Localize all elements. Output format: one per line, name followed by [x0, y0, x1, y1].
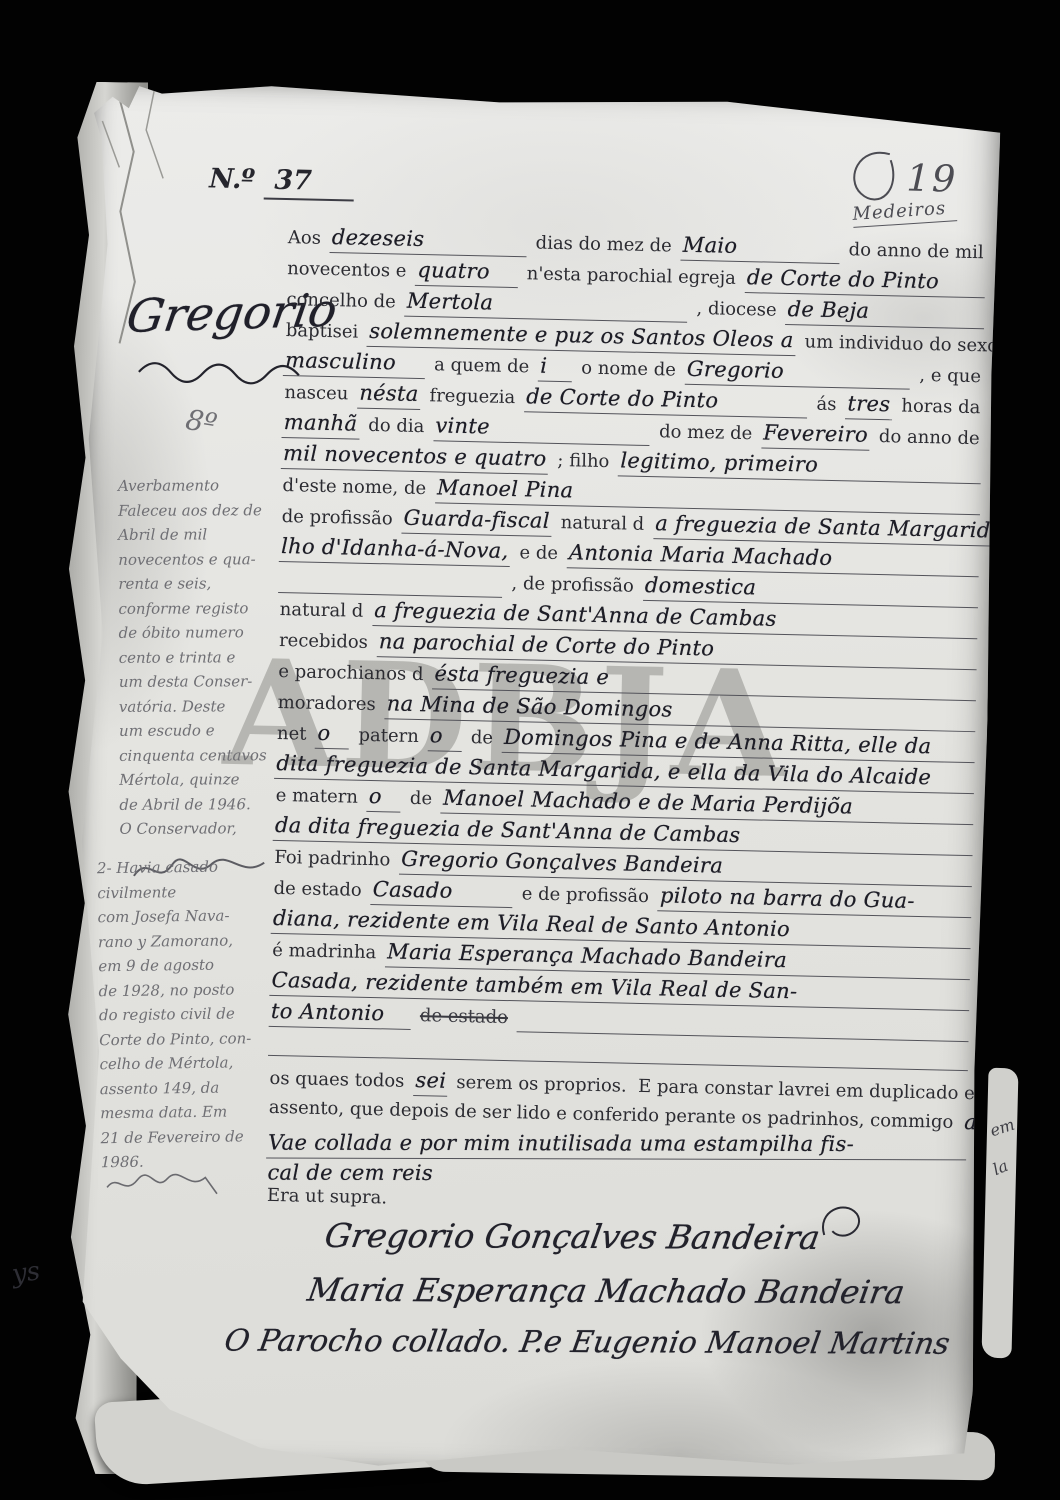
text-segment: do dia	[366, 411, 427, 441]
record-number-label: N.º	[209, 163, 256, 195]
text-segment: dezeseis	[330, 223, 527, 257]
text-segment: de profissão	[279, 502, 395, 534]
text-segment: n'esta parochial egreja	[524, 259, 738, 293]
text-segment: cal de cem reis	[265, 1159, 435, 1188]
pencil-line: Faleceu aos dez de	[118, 498, 296, 523]
text-segment: mil novecentos e quatro	[281, 439, 549, 475]
text-segment: to Antonio	[269, 997, 412, 1030]
text-segment: moradores	[275, 688, 378, 719]
text-segment: dias do mez de	[533, 228, 674, 260]
pencil-line: O Conservador,	[119, 816, 297, 841]
text-segment: concelho de	[284, 285, 398, 316]
marriage-note-signature-scribble	[105, 1169, 226, 1202]
pencil-line: Mértola, quinze	[119, 767, 297, 792]
text-segment: lho d'Idanha-á-Nova,	[279, 532, 511, 567]
signature-priest: O Parocho collado. P.e Eugenio Manoel Ma…	[222, 1324, 986, 1362]
text-segment: Foi padrinho	[272, 843, 393, 875]
pencil-line: Corte do Pinto, con-	[99, 1025, 277, 1052]
text-segment: é madrinha	[270, 936, 379, 967]
text-segment: o nome de	[579, 353, 678, 384]
text-segment: o	[428, 721, 463, 752]
pencil-line: Averbamento	[118, 473, 296, 498]
form-line: cal de cem reis	[265, 1159, 965, 1190]
text-segment: freguezia	[427, 381, 517, 412]
pencil-line: de óbito numero	[119, 620, 297, 645]
text-segment: a quem de	[432, 350, 532, 381]
text-segment: e de profissão	[519, 879, 651, 911]
margin-note-marriage: 2- Havia casadocivilmentecom Josefa Nava…	[97, 854, 279, 1175]
text-segment: novecentos e	[285, 254, 409, 286]
text-segment: natural d	[277, 595, 365, 626]
text-segment: Vae collada e por mim inutilisada uma es…	[266, 1129, 966, 1161]
record-number-value: 37	[264, 165, 354, 202]
page-number: 19	[906, 157, 958, 201]
pencil-line: assento 149, da	[100, 1074, 278, 1101]
text-segment: i	[538, 352, 573, 383]
pencil-line: vatória. Deste	[119, 694, 297, 719]
folio-header: 19 Medeiros	[844, 145, 958, 225]
text-segment: net	[275, 719, 309, 749]
text-segment: de Corte do Pinto	[524, 382, 808, 418]
text-segment: Aos	[286, 223, 324, 253]
text-segment: vinte	[433, 411, 650, 446]
text-segment: horas da	[899, 391, 983, 422]
margin-pencil-number: 8º	[183, 403, 219, 441]
text-segment: , diocese	[694, 294, 779, 325]
text-segment: e matern	[273, 781, 360, 812]
text-segment: Maio	[680, 231, 840, 264]
pencil-line: renta e seis,	[118, 571, 296, 596]
pencil-line: Abril de mil	[118, 522, 296, 547]
pencil-line: de 1928, no posto	[98, 976, 276, 1003]
pencil-line: novecentos e qua-	[118, 547, 296, 572]
form-line: Vae collada e por mim inutilisada uma es…	[266, 1129, 966, 1161]
pencil-line: celho de Mértola,	[99, 1050, 277, 1077]
text-segment: Gregorio	[685, 355, 911, 390]
signatures-block: Gregorio Gonçalves Bandeira Maria Espera…	[211, 1208, 984, 1385]
text-segment: de	[408, 784, 435, 814]
text-segment: nésta	[357, 379, 421, 410]
text-segment: de Beja	[785, 295, 984, 329]
signature-godfather: Gregorio Gonçalves Bandeira	[322, 1216, 988, 1258]
record-number: N.º 37	[209, 163, 354, 197]
text-segment: Guarda-fiscal	[401, 504, 552, 537]
text-segment: Casado	[370, 875, 513, 908]
text-segment: e de	[517, 538, 560, 568]
text-segment: do anno de mil	[846, 235, 986, 267]
text-segment: Fevereiro	[761, 418, 870, 450]
text-segment: tres	[845, 389, 893, 420]
flourish-loop	[845, 145, 902, 204]
pencil-line: de Abril de 1946.	[119, 792, 297, 817]
text-segment: ás	[814, 390, 839, 420]
text-segment: de	[469, 723, 496, 753]
next-page-sliver	[981, 1068, 1018, 1359]
register-page: ADBJA N.º 37 19 Medeiros Gregorio 8º Ave…	[59, 77, 1001, 1489]
text-segment: o	[367, 782, 402, 813]
text-segment: um individuo do sexo	[802, 327, 1000, 360]
text-segment: , e que	[917, 361, 983, 391]
pencil-line: em 9 de agosto	[98, 952, 276, 979]
margin-note-death: AverbamentoFaleceu aos dez deAbril de mi…	[118, 473, 298, 841]
text-segment: de Corte do Pinto	[745, 263, 986, 298]
pencil-line: um escudo e	[119, 718, 297, 743]
text-segment: do mez de	[657, 417, 755, 448]
text-segment: de estado	[271, 874, 364, 905]
text-segment: recebidos	[277, 626, 370, 657]
pencil-line: civilmente	[97, 878, 275, 905]
baptism-form: Aos dezeseis dias do mez de Maio do anno…	[265, 221, 986, 1225]
text-segment: sei	[413, 1066, 448, 1097]
text-segment: natural d	[558, 508, 646, 539]
pencil-line: conforme registo	[118, 596, 296, 621]
pencil-line: do registo civil de	[99, 1001, 277, 1028]
text-segment: d'este nome, de	[280, 471, 428, 503]
text-segment: baptisei	[284, 316, 361, 347]
text-segment: ; filho	[555, 446, 612, 476]
pencil-line: 21 de Fevereiro de	[100, 1123, 278, 1150]
signature-godmother: Maria Esperança Machado Bandeira	[305, 1271, 987, 1312]
text-segment: nasceu	[282, 378, 351, 408]
text-segment: do anno de	[877, 422, 982, 453]
text-segment: Mertola	[404, 287, 687, 323]
text-segment: patern	[356, 721, 421, 751]
text-segment: masculino	[283, 346, 426, 379]
text-segment: de estado	[418, 1001, 511, 1032]
pencil-line: cento e trinta e	[119, 645, 297, 670]
pencil-line: com Josefa Nava-	[97, 903, 275, 930]
text-segment: e parochianos d	[276, 657, 426, 689]
text-segment: , de profissão	[509, 569, 636, 601]
pencil-line: um desta Conser-	[119, 669, 297, 694]
text-segment: os quaes todos	[267, 1064, 407, 1096]
text-segment: quatro	[415, 256, 518, 288]
pencil-line: cinquenta centavos	[119, 743, 297, 768]
pencil-line: mesma data. Em	[100, 1099, 278, 1126]
text-segment: manhã	[281, 408, 359, 440]
text-segment: o	[315, 719, 350, 750]
register-scan: em la ys ADBJA N.º 37 19 Medeiros Gregor…	[0, 0, 1060, 1500]
pencil-line: rano y Zamorano,	[98, 927, 276, 954]
pencil-line: 2- Havia casado	[97, 854, 275, 881]
edge-fragment-left: ys	[10, 1256, 42, 1290]
